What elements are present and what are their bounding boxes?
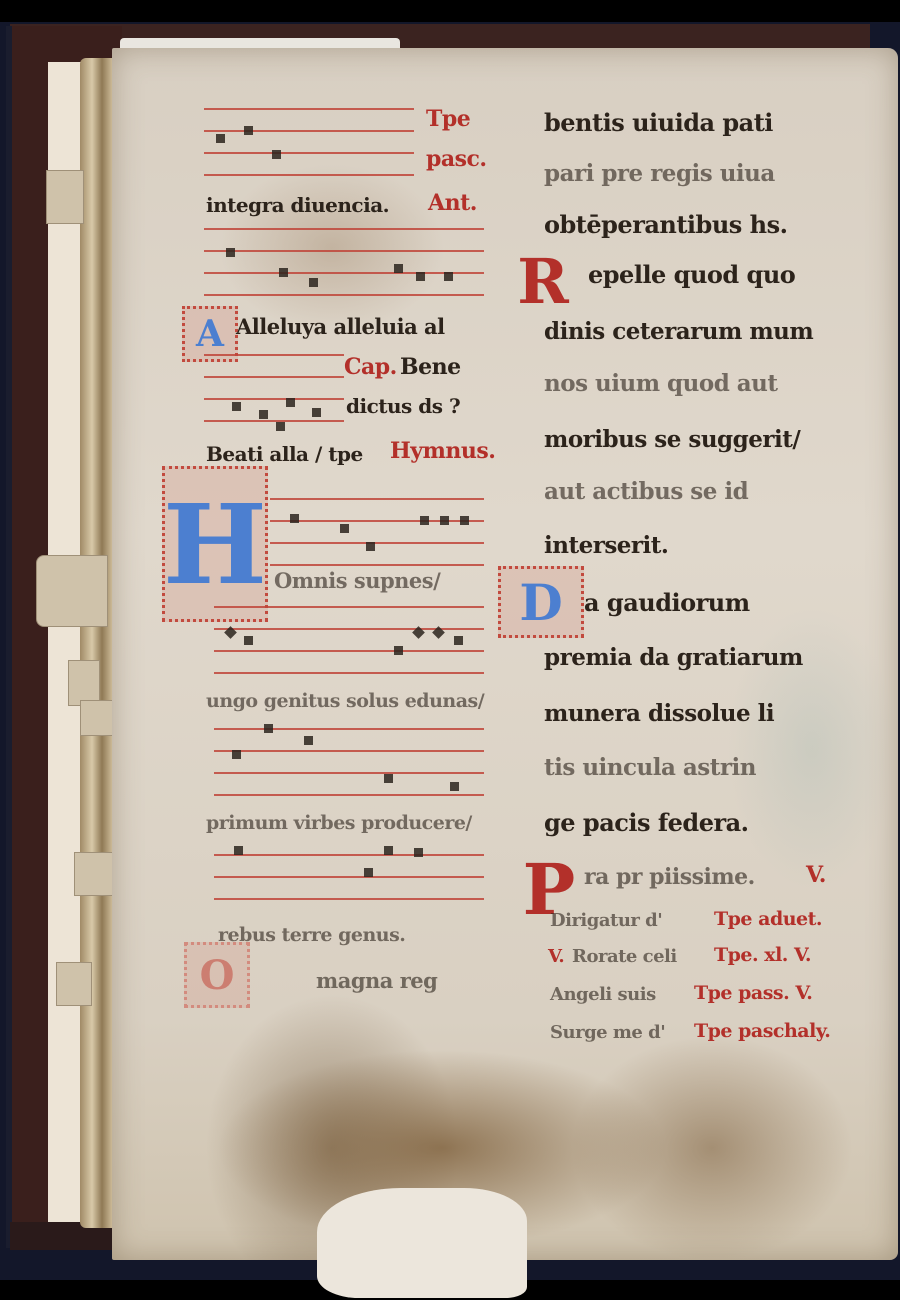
text-line: a gaudiorum <box>584 588 750 617</box>
text-line: dictus ds ? <box>346 394 460 418</box>
rubric-advent: Tpe aduet. <box>714 908 822 930</box>
text-line: obtēperantibus hs. <box>544 210 787 239</box>
text-line: ge pacis federa. <box>544 808 749 837</box>
text-line: Surge me d' <box>550 1022 665 1043</box>
illuminated-initial-d: D <box>498 566 584 638</box>
text-line: integra diuencia. <box>206 193 389 217</box>
text-line: ra pr piissime. <box>584 864 755 890</box>
parchment-loss <box>317 1188 527 1298</box>
text-line: primum virbes producere/ <box>206 812 472 834</box>
text-line: Angeli suis <box>550 984 656 1005</box>
text-line: Rorate celi <box>572 946 677 967</box>
text-line: bentis uiuida pati <box>544 108 773 137</box>
rubric-capitulum: Cap. <box>344 354 397 380</box>
text-line: magna reg <box>316 968 437 993</box>
page-tab <box>80 700 114 736</box>
text-line: Dirigatur d' <box>550 910 662 931</box>
text-line: nos uium quod aut <box>544 370 778 397</box>
illuminated-initial-o: O <box>184 942 250 1008</box>
text-line: epelle quod quo <box>588 260 795 289</box>
text-line: premia da gratiarum <box>544 644 803 671</box>
text-line: Alleluya alleluia al <box>236 314 445 339</box>
rubric-lent: Tpe. xl. V. <box>714 944 811 966</box>
rubric-versicle: V. <box>806 862 826 888</box>
text-line: moribus se suggerit/ <box>544 426 800 453</box>
rubric-paschali: pasc. <box>426 146 487 172</box>
text-line: Beati alla / tpe <box>206 442 363 466</box>
page-tab <box>56 962 92 1006</box>
text-line: ungo genitus solus edunas/ <box>206 690 484 712</box>
rubric-tempore: Tpe <box>426 106 470 132</box>
decorated-initial-r: R <box>508 246 578 316</box>
rubric-paschal: Tpe paschaly. <box>694 1020 830 1042</box>
rubric-hymnus: Hymnus. <box>390 438 495 464</box>
text-line: pari pre regis uiua <box>544 160 775 187</box>
text-line: munera dissolue li <box>544 700 774 727</box>
illuminated-initial-h: H <box>162 466 268 622</box>
text-line: interserit. <box>544 532 668 559</box>
manuscript-folio: Tpe pasc. integra diuencia. Ant. A Allel… <box>112 48 898 1260</box>
rubric-antiphon: Ant. <box>428 190 477 216</box>
text-line: tis uincula astrin <box>544 754 756 781</box>
left-column: Tpe pasc. integra diuencia. Ant. A Allel… <box>204 48 484 1048</box>
rubric-versicle: V. <box>548 946 564 967</box>
rubric-passion: Tpe pass. V. <box>694 982 812 1004</box>
text-line: aut actibus se id <box>544 478 748 505</box>
right-column: bentis uiuida pati pari pre regis uiua o… <box>544 48 864 1058</box>
text-line: dinis ceterarum mum <box>544 318 813 345</box>
text-line: Omnis supnes/ <box>274 568 440 593</box>
page-tab <box>46 170 84 224</box>
text-line: Bene <box>400 354 461 380</box>
page-tab <box>74 852 116 896</box>
page-tab <box>36 555 108 627</box>
